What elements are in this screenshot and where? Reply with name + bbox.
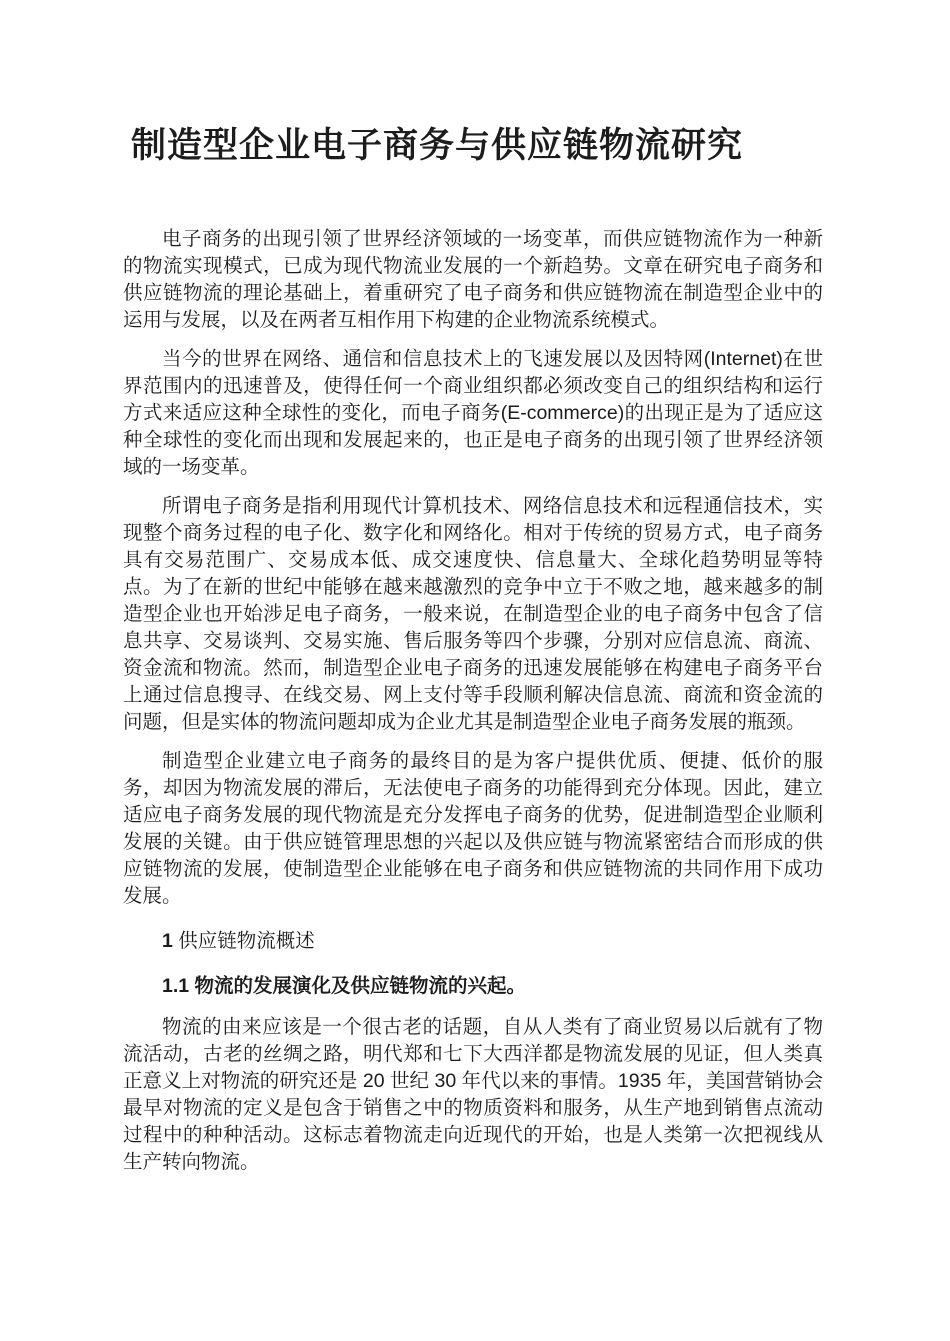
paragraph-ecommerce-emergence: 当今的世界在网络、通信和信息技术上的飞速发展以及因特网(Internet)在世界… [123,346,823,481]
paragraph-logistics-history: 物流的由来应该是一个很古老的话题，自从人类有了商业贸易以后就有了物流活动，古老的… [123,1014,823,1176]
paragraph-logistics-bottleneck: 制造型企业建立电子商务的最终目的是为客户提供优质、便捷、低价的服务，却因为物流发… [123,748,823,910]
document-title: 制造型企业电子商务与供应链物流研究 [131,124,823,168]
paragraph-ecommerce-definition: 所谓电子商务是指利用现代计算机技术、网络信息技术和远程通信技术，实现整个商务过程… [123,493,823,736]
section-1-1-title: 物流的发展演化及供应链物流的兴起。 [195,975,527,997]
paragraph-abstract: 电子商务的出现引领了世界经济领域的一场变革，而供应链物流作为一种新的物流实现模式… [123,226,823,334]
section-1-heading: 1 供应链物流概述 [123,928,823,955]
section-1-title: 供应链物流概述 [178,930,315,952]
section-1-1-heading: 1.1 物流的发展演化及供应链物流的兴起。 [123,973,823,1000]
document-page: 制造型企业电子商务与供应链物流研究 电子商务的出现引领了世界经济领域的一场变革，… [0,0,950,1341]
section-1-number: 1 [162,930,173,952]
section-1-1-number: 1.1 [162,975,189,997]
